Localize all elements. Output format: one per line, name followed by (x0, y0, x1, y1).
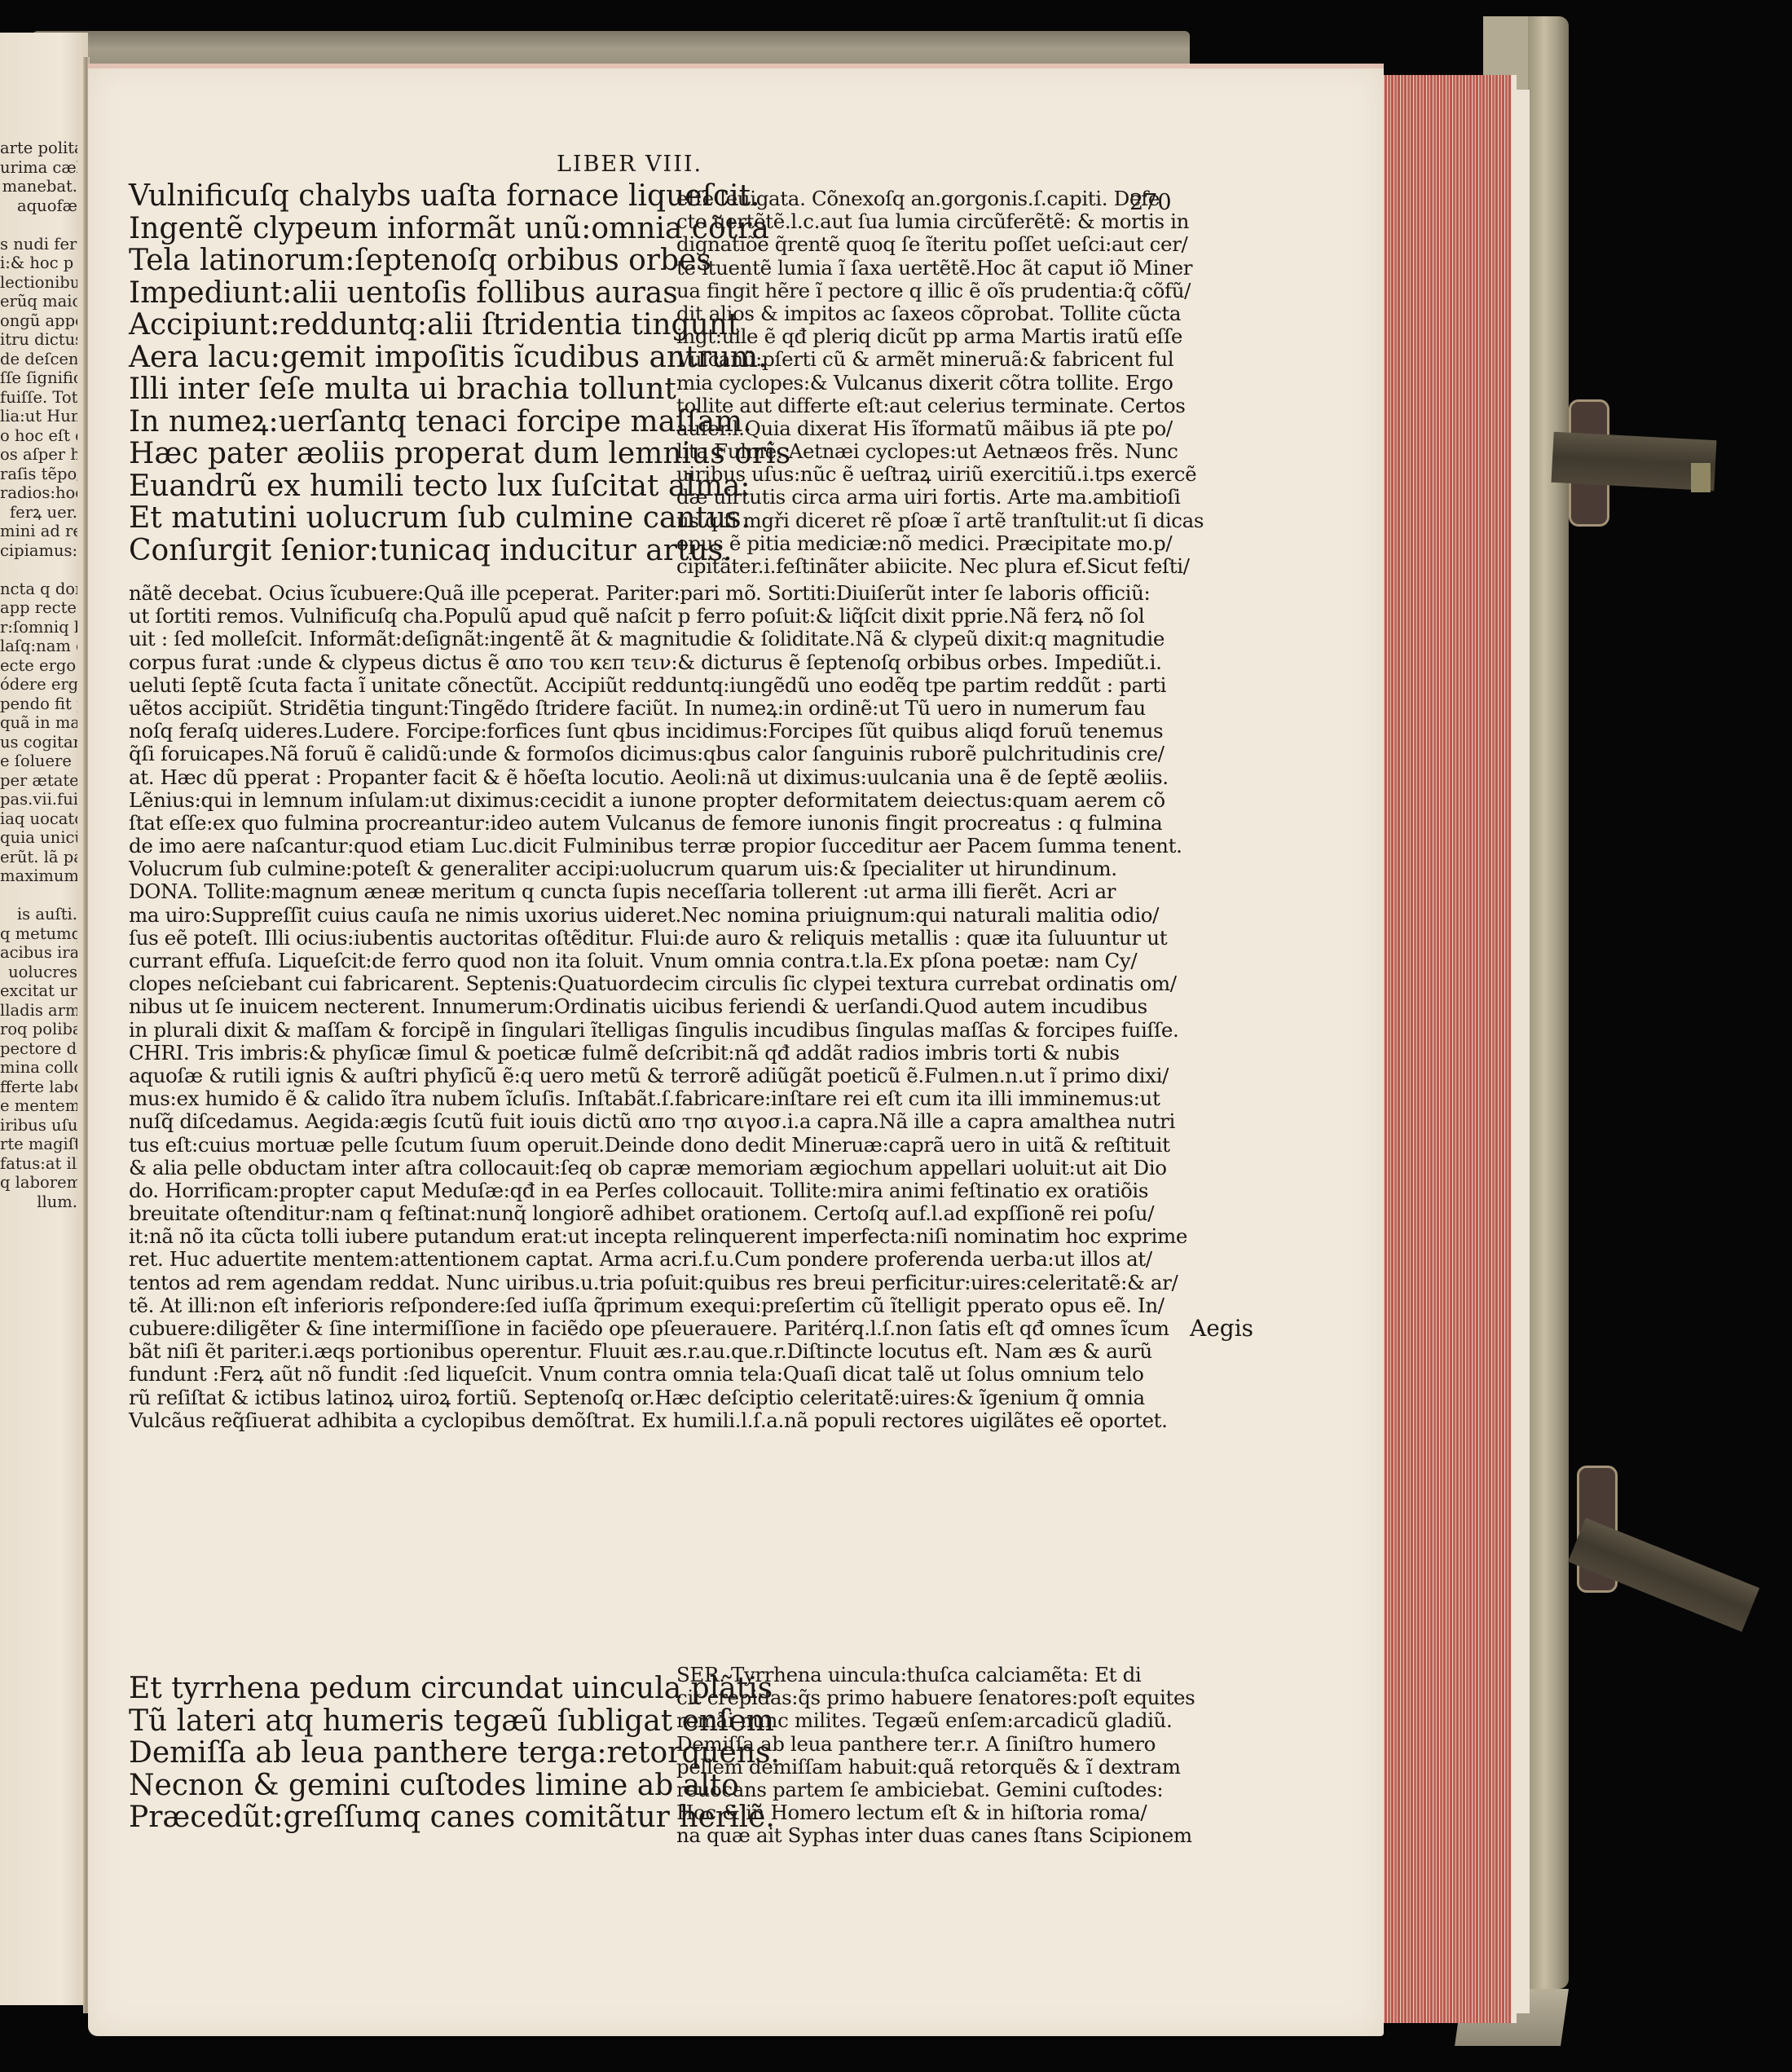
left-page-line-fragment: cipiamus:g (0, 541, 77, 561)
commentary-line: uit : ſed molleſcit. Informãt:deſignãt:i… (129, 628, 1187, 650)
commentary-line: tẽ. At illi:non eſt inferioris reſponder… (129, 1294, 1187, 1317)
commentary-line: eſſe leuigata. Cõnexoſq an.gorgonis.ſ.ca… (676, 187, 1204, 210)
running-head: LIBER VIII. (557, 152, 702, 177)
left-page: arte politaurima cælomanebat.aquofæ s nu… (0, 33, 88, 2005)
commentary-line: lita Fulmẽ. Aetnæi cyclopes:ut Aetnæos f… (676, 440, 1204, 463)
commentary-line: na quæ ait Syphas inter duas canes ſtans… (676, 1823, 1195, 1846)
left-page-line-fragment: us cogitare eſt (0, 733, 77, 752)
left-page-line-fragment (0, 215, 77, 235)
left-page-line-fragment: r:ſomniq bre (0, 618, 77, 637)
binding-fore-edge-cover (1528, 16, 1569, 1989)
commentary-line: do. Horrificam:propter caput Meduſæ:qđ i… (129, 1179, 1187, 1202)
left-page-line-fragment: fuiſſe. Toto (0, 388, 77, 408)
left-page-line-fragment: lectionibus in (0, 273, 77, 293)
commentary-right-column: eſſe leuigata. Cõnexoſq an.gorgonis.ſ.ca… (676, 187, 1204, 578)
left-page-line-fragment: fferte labores (0, 1078, 77, 1097)
commentary-line: corpus furat :unde & clypeus dictus ẽ απ… (129, 651, 1187, 674)
commentary-line: ſtat eſſe:ex quo fulmina procreantur:ide… (129, 812, 1187, 835)
left-page-line-fragment: urima cælo (0, 158, 77, 178)
commentary-line: mia cyclopes:& Vulcanus dixerit cõtra to… (676, 372, 1204, 395)
left-page-line-fragment: iaq uocatos (0, 809, 77, 829)
commentary-line: at. Hæc dũ pperat : Propanter facit & ẽ … (129, 766, 1187, 789)
left-page-line-fragment: pendo fit pen (0, 694, 77, 714)
left-page-line-fragment: ncta q domi/ (0, 580, 77, 599)
left-page-line-fragment: acibus iras: (0, 943, 77, 963)
left-page-line-fragment: de deſcendit (0, 350, 77, 369)
left-page-line-fragment: laſq:nam q re (0, 637, 77, 656)
commentary-full-width: nãtẽ decebat. Ocius ĩcubuere:Quã ille pc… (129, 582, 1187, 1432)
commentary-line: it:nã nõ ita cũcta tolli iubere putandum… (129, 1225, 1187, 1248)
commentary-line: in plurali dixit & maſſam & forcipẽ in ſ… (129, 1019, 1187, 1042)
commentary-line: dæ uirtutis circa arma uiri fortis. Arte… (676, 486, 1204, 509)
commentary-line: cto uertẽtẽ.l.c.aut ſua lumia circũferẽt… (676, 210, 1204, 233)
commentary-line: nibus ut ſe inuicem necterent. Innumerum… (129, 995, 1187, 1018)
left-page-line-fragment: ongũ appet eẽ (0, 311, 77, 331)
left-page-line-fragment: ſſe ſignificat. (0, 368, 77, 388)
commentary-line: & alia pelle obductam inter aſtra colloc… (129, 1157, 1187, 1179)
left-page-line-fragment: s nudi ferrum (0, 235, 77, 254)
left-page-line-fragment: raſis tẽpo/ (0, 465, 77, 484)
commentary-line: aquoſæ & rutili ignis & auſtri phyſicũ ẽ… (129, 1065, 1187, 1087)
left-page-line-fragment: quia unicũ ro/ (0, 828, 77, 848)
left-page-line-fragment: iribus uſus (0, 1116, 77, 1135)
left-page-line-fragment: is auſti. (0, 905, 77, 924)
commentary-line: Demiſſa ab leua panthere ter.r. A ſiniſt… (676, 1732, 1195, 1755)
left-page-text-fragments: arte politaurima cælomanebat.aquofæ s nu… (0, 139, 77, 1211)
commentary-line: tollite aut differte eſt:aut celerius te… (676, 395, 1204, 417)
commentary-line: Vulcãus req̃ſiuerat adhibita a cyclopibu… (129, 1409, 1187, 1432)
left-page-line-fragment (0, 886, 77, 906)
commentary-line: ma uiro:Suppreſſit cuius cauſa ne nimis … (129, 904, 1187, 927)
left-page-line-fragment: aquofæ (0, 196, 77, 216)
commentary-line: opus ẽ pitia mediciæ:nõ medici. Præcipit… (676, 532, 1204, 555)
commentary-line: Vulcanũ:pſerti cũ & armẽt mineruã:& fabr… (676, 348, 1204, 371)
commentary-line: SER. Tyrrhena uincula:thuſca calciamẽta:… (676, 1663, 1195, 1686)
left-page-line-fragment: quã in maiori (0, 713, 77, 733)
commentary-line: nãtẽ decebat. Ocius ĩcubuere:Quã ille pc… (129, 582, 1187, 605)
commentary-line: bãt niſi ẽt pariter.i.æqs portionibus op… (129, 1340, 1187, 1363)
marginal-note-aegis: Aegis (1190, 1315, 1253, 1342)
commentary-right-bottom: SER. Tyrrhena uincula:thuſca calciamẽta:… (676, 1663, 1195, 1847)
commentary-line: te ĩtuentẽ lumia ĩ ſaxa uertẽtẽ.Hoc ãt c… (676, 257, 1204, 280)
commentary-line: cipitãter.i.feſtinãter abiicite. Nec plu… (676, 555, 1204, 578)
left-page-line-fragment: i:& hoc p huc (0, 253, 77, 273)
commentary-line: ingt:uile ẽ qđ pleriq dicũt pp arma Mart… (676, 325, 1204, 348)
left-page-line-fragment: pectore diuæ (0, 1039, 77, 1059)
left-page-line-fragment: e mentem. (0, 1096, 77, 1116)
left-page-line-fragment: manebat. (0, 177, 77, 196)
commentary-line: cubuere:diligẽter & ſine intermiſſione i… (129, 1317, 1187, 1340)
commentary-line: uẽtos accipiũt. Stridẽtia tingunt:Tingẽd… (129, 697, 1187, 720)
commentary-line: tentos ad rem agendam reddat. Nunc uirib… (129, 1272, 1187, 1294)
commentary-line: romãi nunc milites. Tegæũ enſem:arcadicũ… (676, 1708, 1195, 1731)
left-page-line-fragment: erũt. lã parte (0, 848, 77, 867)
commentary-line: noſq feraſq uideres.Ludere. Forcipe:forf… (129, 720, 1187, 743)
commentary-line: Hoc & in Homero lectum eſt & in hiſtoria… (676, 1801, 1195, 1823)
left-page-line-fragment: per ætatem (0, 771, 77, 791)
commentary-line: Volucrum ſub culmine:poteſt & generalite… (129, 857, 1187, 880)
left-page-line-fragment: e ſoluere di/ (0, 752, 77, 771)
commentary-line: fundunt :Ferꝝ aũt nõ fundit :ſed liqueſc… (129, 1363, 1187, 1386)
commentary-line: breuitate oſtenditur:nam q feſtinat:nunq… (129, 1202, 1187, 1225)
left-page-line-fragment: o hoc eſt di (0, 426, 77, 446)
commentary-line: ſus eẽ poteſt. Illi ocius:iubentis aucto… (129, 927, 1187, 950)
left-page-line-fragment: ferꝝ uer. (0, 503, 77, 522)
left-page-line-fragment: llum. (0, 1193, 77, 1212)
left-page-line-fragment: rte magiſtra (0, 1135, 77, 1154)
commentary-line: de imo aere naſcantur:quod etiam Luc.dic… (129, 835, 1187, 857)
left-page-line-fragment: itru dictus eſt (0, 330, 77, 350)
left-page-line-fragment: os aſper hia (0, 445, 77, 465)
commentary-line: nuſq̃ diſcedamus. Aegida:ægis ſcutũ fuit… (129, 1110, 1187, 1133)
left-page-line-fragment: q metumq (0, 924, 77, 944)
left-page-line-fragment: app recte lu/ (0, 598, 77, 618)
left-page-line-fragment: roq polibant (0, 1020, 77, 1039)
left-page-line-fragment: lladis arma (0, 1001, 77, 1021)
commentary-line: DONA. Tollite:magnum æneæ meritum q cunc… (129, 880, 1187, 903)
left-page-line-fragment: mina collo. (0, 1058, 77, 1078)
commentary-line: ut ſortiti remos. Vulnificuſq cha.Populũ… (129, 605, 1187, 628)
clasp-upper-tip (1691, 463, 1711, 492)
left-page-line-fragment: ódere ergo qđ (0, 675, 77, 694)
left-page-line-fragment: lia:ut Hunc (0, 407, 77, 426)
left-page-line-fragment (0, 560, 77, 580)
left-page-line-fragment: maximum: (0, 866, 77, 886)
commentary-line: reuocans partem ſe ambiciebat. Gemini cu… (676, 1778, 1195, 1801)
commentary-line: dignatiõe q̃rentẽ quoq ſe ĩteritu poſſet… (676, 233, 1204, 256)
commentary-line: rũ reſiſtat & ictibus latinoꝝ uiroꝝ fort… (129, 1386, 1187, 1409)
commentary-line: currant effuſa. Liqueſcit:de ferro quod … (129, 950, 1187, 972)
commentary-line: uiribus uſus:nũc ẽ ueſtraꝝ uiriũ exercit… (676, 463, 1204, 486)
commentary-line: dit alios & impitos ac ſaxeos cõprobat. … (676, 302, 1204, 325)
commentary-line: tus eſt:cuius mortuæ pelle ſcutum ſuum o… (129, 1134, 1187, 1157)
left-page-line-fragment: ecte ergo Oui. (0, 656, 77, 676)
commentary-line: ret. Huc aduertite mentem:attentionem ca… (129, 1248, 1187, 1271)
left-page-line-fragment: excitat urbes (0, 981, 77, 1001)
left-page-line-fragment: uolucres (0, 963, 77, 982)
left-page-line-fragment: erũq maiores (0, 292, 77, 311)
commentary-line: cit crepidas:q̃s primo habuere ſenatores… (676, 1686, 1195, 1708)
red-stained-page-edges (1381, 75, 1517, 2023)
commentary-line: ua fingit hẽre ĩ pectore q illic ẽ oĩs p… (676, 280, 1204, 302)
commentary-line: aufer.l.Quia dixerat His ĩformatũ mãibus… (676, 417, 1204, 440)
commentary-line: q̃ſi foruicapes.Nã foruũ ẽ calidũ:unde &… (129, 743, 1187, 765)
commentary-line: CHRI. Tris imbris:& phyſicæ ſimul & poet… (129, 1042, 1187, 1065)
endleaf-edge (1512, 90, 1530, 2013)
commentary-line: mus:ex humido ẽ & calido ĩtra nubem ĩclu… (129, 1087, 1187, 1110)
recto-page: LIBER VIII. 270 Vulnificuſq chalybs uaſt… (88, 64, 1384, 2036)
left-page-line-fragment: pas.vii.fuiſſe (0, 790, 77, 809)
left-page-line-fragment: radios:hoc (0, 483, 77, 503)
commentary-line: us q̃ ſi mgři diceret rẽ pſoæ ĩ artẽ tra… (676, 509, 1204, 532)
left-page-line-fragment: q laborem (0, 1173, 77, 1193)
left-page-line-fragment: fatus:at illi (0, 1154, 77, 1174)
commentary-line: pellem demiſſam habuit:quã retorquẽs & ĩ… (676, 1755, 1195, 1778)
commentary-line: ueluti ſeptẽ ſcuta facta ĩ unitate cõnec… (129, 674, 1187, 697)
commentary-line: clopes neſciebant cui fabricarent. Septe… (129, 972, 1187, 995)
commentary-line: Lẽnius:qui in lemnum inſulam:ut diximus:… (129, 789, 1187, 812)
left-page-line-fragment: arte polita (0, 139, 77, 158)
left-page-line-fragment: mini ad re (0, 522, 77, 541)
